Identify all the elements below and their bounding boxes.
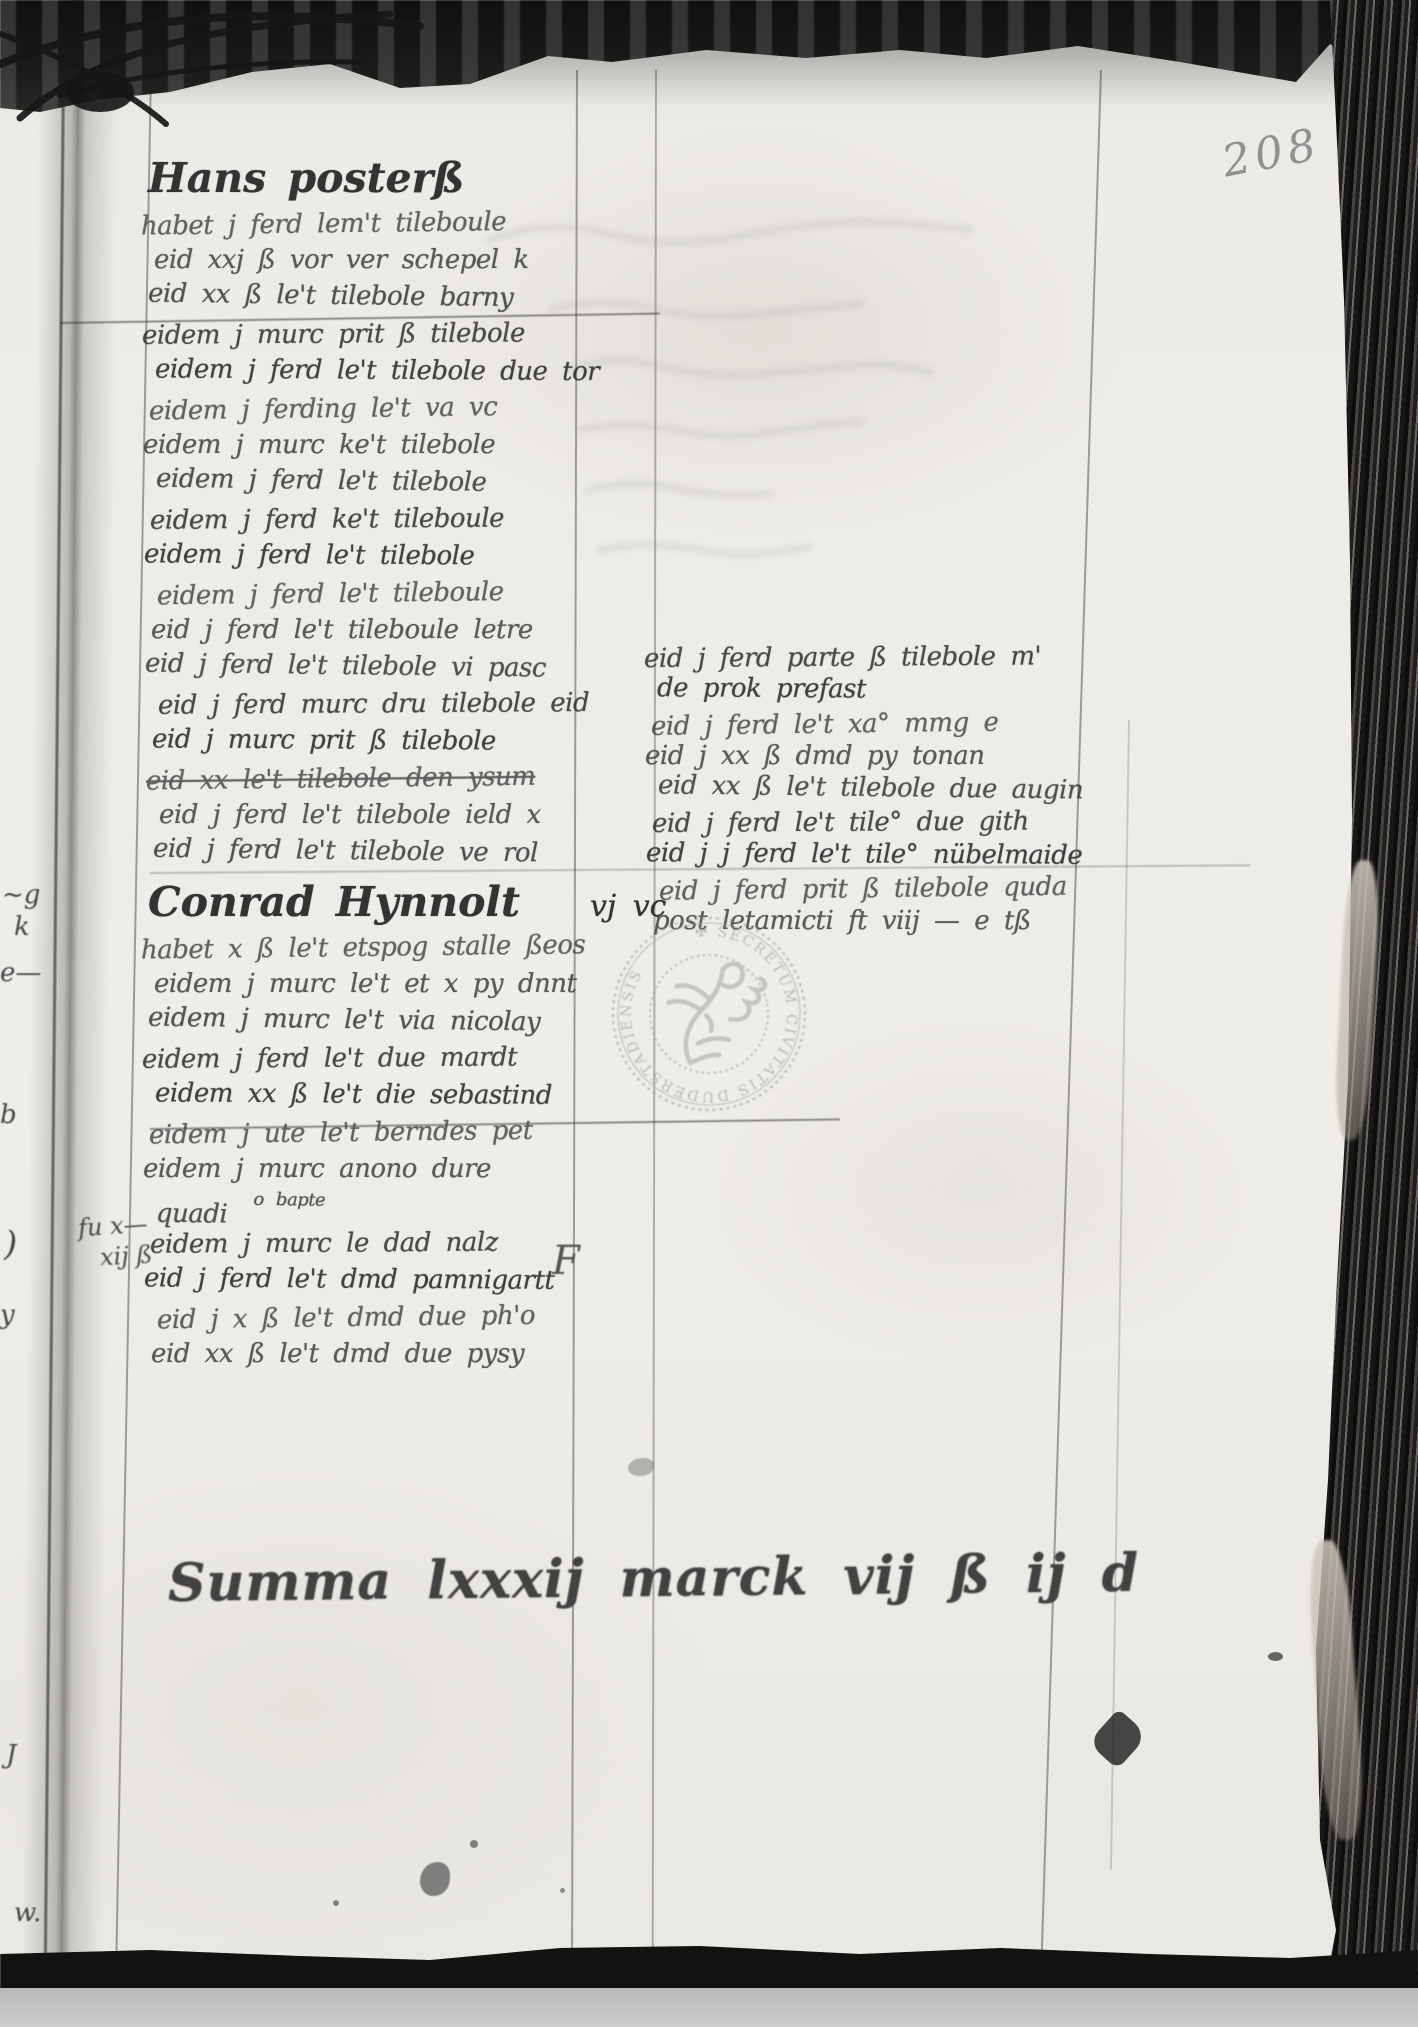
stamp-outer-ring-2 [604,909,815,1120]
margin-fragment: y [0,1300,15,1330]
entry-line: eidem j ferd le't tilebole due tor [155,354,715,394]
ink-speck [1268,1652,1283,1661]
entry-line-col2: eid j xx ß dmd py tonan [645,741,1265,774]
table-backdrop [0,1988,1418,2027]
entry-line: eidem j ferd le't tilebole [156,464,716,508]
entry-line-col2: eid j ferd parte ß tilebole m' [644,640,1264,677]
entry-line: eid xxj ß vor ver schepel k [154,245,714,282]
entry-line: eidem j ferd le't tilebole [144,539,704,579]
entry-line: eidem j murc le dad nalz [150,1226,710,1266]
entry-line: eid xx ß le't dmd due pysy [151,1339,711,1376]
manuscript-scan: Hans posterßhabet j ferd lem't tileboule… [0,0,1418,2027]
entry-line: eid j ferd le't tileboule letre [151,615,711,652]
binding-threads [0,0,520,150]
summa-line: Summa lxxxij marck vij ß ij d [168,1543,1140,1614]
entry-line: eidem j ferd ke't tileboule [150,502,710,542]
entry-line: eidem j ferding le't va vc [149,390,709,434]
entries-column-1: Hans posterßhabet j ferd lem't tileboule… [148,150,708,1376]
entry-line: eid j ferd le't tilebole ield x [159,800,719,837]
superscript-note: o bapte [253,1189,325,1211]
city-seal-stamp: ✠ SECRETUM CIVITATIS DUDERSTADIENSIS [580,885,837,1142]
margin-fragment: b [0,1100,17,1130]
ink-speck [560,1888,565,1893]
entry-line: eid j murc prit ß tilebole [152,724,712,764]
lion-rampant-icon [664,959,776,1065]
entry-line: quadio bapte [156,1188,716,1232]
stamp-inner-ring [641,946,778,1083]
entry-line: eid j ferd murc dru tilebole eid [158,687,718,727]
margin-fragment: k [14,912,30,942]
entry-line: eid xx le't tilebole den ysum [146,760,706,804]
stamp-legend-text: ✠ SECRETUM CIVITATIS DUDERSTADIENSIS [604,909,813,1118]
ink-speck [470,1840,478,1848]
entry-line: habet j ferd lem't tileboule [141,205,701,249]
entry-line: eidem j ferd le't tileboule [157,574,717,618]
entry-line: eidem j murc prit ß tilebole [142,317,702,357]
entry-line: eid j ferd le't dmd pamnigartt [144,1263,704,1303]
f-mark: F [552,1238,580,1284]
margin-fragment: J [6,1740,16,1770]
entry-line: eid j x ß le't dmd due ph'o [157,1298,717,1342]
ink-speck [333,1900,339,1906]
entry-line: eidem j murc ke't tilebole [143,430,703,467]
margin-fragment: ) [4,1224,17,1264]
entry-line-col2: eid j ferd le't tile° due gith [652,805,1272,842]
entry-line: eidem j murc anono dure [143,1154,703,1191]
entry-line-col2: eid j ferd le't xa° mmg e [651,704,1271,745]
binding-knot [66,72,134,112]
entry-heading: Hans posterß [148,150,708,208]
entry-line: eid j ferd le't tilebole vi pasc [145,649,705,693]
